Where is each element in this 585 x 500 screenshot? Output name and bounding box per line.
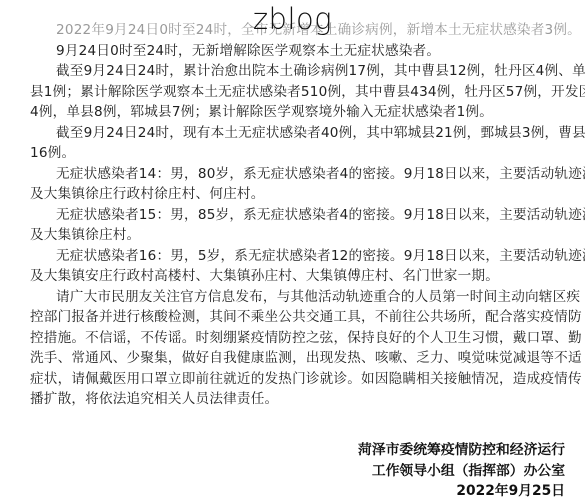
paragraph-line: 9月24日0时至24时，无新增解除医学观察本土无症状感染者。 <box>30 41 558 62</box>
paragraph-cumulative-recovered: 截至9月24日24时，累计治愈出院本土确诊病例17例，其中曹县12例，牡丹区4例… <box>30 61 558 123</box>
signature-block: 菏泽市委统筹疫情防控和经济运行 工作领导小组（指挥部）办公室 2022年9月25… <box>358 440 565 500</box>
paragraph-line: 无症状感染者14：男，80岁，系无症状感染者4的密接。9月18日以来，主要活动轨… <box>30 164 558 185</box>
paragraph-line: 16例。 <box>30 143 558 164</box>
paragraph-line: 及大集镇徐庄村。 <box>30 225 558 246</box>
watermark-logo: zblog <box>0 2 585 36</box>
paragraph-line: 及大集镇徐庄行政村徐庄村、何庄村。 <box>30 184 558 205</box>
paragraph-public-notice: 请广大市民朋友关注官方信息发布，与其他活动轨迹重合的人员第一时间主动向辖区疾 控… <box>30 287 558 410</box>
paragraph-case-16: 无症状感染者16：男，5岁，系无症状感染者12的密接。9月18日以来，主要活动轨… <box>30 246 558 287</box>
paragraph-case-14: 无症状感染者14：男，80岁，系无症状感染者4的密接。9月18日以来，主要活动轨… <box>30 164 558 205</box>
paragraph-line: 无症状感染者16：男，5岁，系无症状感染者12的密接。9月18日以来，主要活动轨… <box>30 246 558 267</box>
paragraph-line: 播扩散，将依法追究相关人员法律责任。 <box>30 389 558 410</box>
paragraph-line: 4例，单县8例，郓城县7例；累计解除医学观察境外输入无症状感染者1例。 <box>30 102 558 123</box>
paragraph-line: 请广大市民朋友关注官方信息发布，与其他活动轨迹重合的人员第一时间主动向辖区疾 <box>30 287 558 308</box>
paragraph-current-asymptomatic: 截至9月24日24时，现有本土无症状感染者40例，其中郓城县21例，鄄城县3例，… <box>30 123 558 164</box>
paragraph-line: 截至9月24日24时，现有本土无症状感染者40例，其中郓城县21例，鄄城县3例，… <box>30 123 558 144</box>
paragraph-line: 及大集镇安庄行政村高楼村、大集镇孙庄村、大集镇傅庄村、名门世家一期。 <box>30 266 558 287</box>
paragraph-line: 洗手、常通风、少聚集，做好自我健康监测，出现发热、咳嗽、乏力、嗅觉味觉减退等不适 <box>30 348 558 369</box>
paragraph-line: 无症状感染者15：男，85岁，系无症状感染者4的密接。9月18日以来，主要活动轨… <box>30 205 558 226</box>
paragraph-case-15: 无症状感染者15：男，85岁，系无症状感染者4的密接。9月18日以来，主要活动轨… <box>30 205 558 246</box>
paragraph-line: 症状，请佩戴医用口罩立即前往就近的发热门诊就诊。如因隐瞒相关接触情况，造成疫情传 <box>30 369 558 390</box>
paragraph-line: 控部门报备并进行核酸检测，其间不乘坐公共交通工具，不前往公共场所，配合落实疫情防 <box>30 307 558 328</box>
paragraph-line: 控措施。不信谣，不传谣。时刻绷紧疫情防控之弦，保持良好的个人卫生习惯，戴口罩、勤 <box>30 328 558 349</box>
document-body: 2022年9月24日0时至24时，全市无新增本土确诊病例，新增本土无症状感染者3… <box>30 20 558 410</box>
paragraph-line: 县1例；累计解除医学观察本土无症状感染者510例，其中曹县434例，牡丹区57例… <box>30 82 558 103</box>
signature-org-line2: 工作领导小组（指挥部）办公室 <box>358 461 565 482</box>
paragraph-no-new-release: 9月24日0时至24时，无新增解除医学观察本土无症状感染者。 <box>30 41 558 62</box>
signature-date: 2022年9月25日 <box>358 481 565 500</box>
signature-org-line1: 菏泽市委统筹疫情防控和经济运行 <box>358 440 565 461</box>
paragraph-line: 截至9月24日24时，累计治愈出院本土确诊病例17例，其中曹县12例，牡丹区4例… <box>30 61 558 82</box>
